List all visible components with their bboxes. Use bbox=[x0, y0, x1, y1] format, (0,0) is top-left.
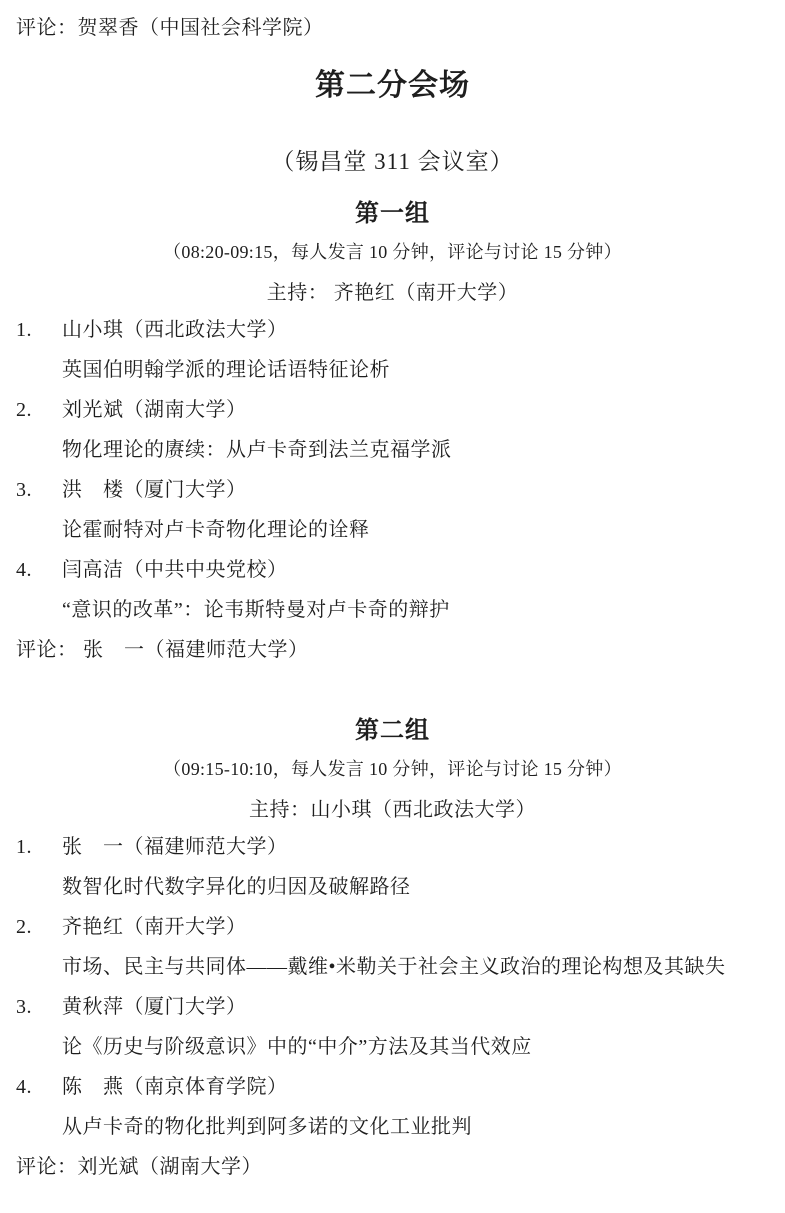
group-2-section: 第二组 （09:15-10:10，每人发言 10 分钟，评论与讨论 15 分钟）… bbox=[16, 717, 769, 1179]
paper-title: 数智化时代数字异化的归因及破解路径 bbox=[62, 876, 769, 899]
group-2-speaker-list: 1. 张 一（福建师范大学） 数智化时代数字异化的归因及破解路径 2. 齐艳红（… bbox=[16, 836, 769, 1139]
group-1-commentator: 评论： 张 一（福建师范大学） bbox=[16, 639, 769, 662]
speaker-name: 陈 燕（南京体育学院） bbox=[62, 1076, 288, 1099]
speaker-row: 4. 闫高洁（中共中央党校） bbox=[16, 559, 769, 582]
venue-line: （锡昌堂 311 会议室） bbox=[16, 148, 769, 175]
group-1-time-info: （08:20-09:15，每人发言 10 分钟，评论与讨论 15 分钟） bbox=[16, 242, 769, 263]
paper-title: 论《历史与阶级意识》中的“中介”方法及其当代效应 bbox=[62, 1036, 769, 1059]
paper-title: 物化理论的赓续：从卢卡奇到法兰克福学派 bbox=[62, 439, 769, 462]
group-1-speaker-list: 1. 山小琪（西北政法大学） 英国伯明翰学派的理论话语特征论析 2. 刘光斌（湖… bbox=[16, 319, 769, 622]
group-1-title: 第一组 bbox=[16, 200, 769, 228]
speaker-number: 1. bbox=[16, 319, 62, 342]
speaker-number: 1. bbox=[16, 836, 62, 859]
speaker-number: 3. bbox=[16, 996, 62, 1019]
speaker-number: 4. bbox=[16, 1076, 62, 1099]
paper-title: 英国伯明翰学派的理论话语特征论析 bbox=[62, 359, 769, 382]
speaker-row: 3. 黄秋萍（厦门大学） bbox=[16, 996, 769, 1019]
paper-title: “意识的改革”：论韦斯特曼对卢卡奇的辩护 bbox=[62, 599, 769, 622]
speaker-row: 1. 山小琪（西北政法大学） bbox=[16, 319, 769, 342]
speaker-number: 4. bbox=[16, 559, 62, 582]
speaker-name: 闫高洁（中共中央党校） bbox=[62, 559, 288, 582]
speaker-row: 3. 洪 楼（厦门大学） bbox=[16, 479, 769, 502]
speaker-name: 刘光斌（湖南大学） bbox=[62, 399, 247, 422]
speaker-number: 2. bbox=[16, 916, 62, 939]
group-1-host: 主持： 齐艳红（南开大学） bbox=[16, 282, 769, 305]
group-2-host: 主持：山小琪（西北政法大学） bbox=[16, 799, 769, 822]
paper-title: 从卢卡奇的物化批判到阿多诺的文化工业批判 bbox=[62, 1116, 769, 1139]
speaker-name: 齐艳红（南开大学） bbox=[62, 916, 247, 939]
speaker-row: 1. 张 一（福建师范大学） bbox=[16, 836, 769, 859]
speaker-number: 3. bbox=[16, 479, 62, 502]
speaker-row: 2. 刘光斌（湖南大学） bbox=[16, 399, 769, 422]
session-title: 第二分会场 bbox=[16, 68, 769, 103]
paper-title: 论霍耐特对卢卡奇物化理论的诠释 bbox=[62, 519, 769, 542]
group-2-title: 第二组 bbox=[16, 717, 769, 745]
conference-program-page: 评论：贺翠香（中国社会科学院） 第二分会场 （锡昌堂 311 会议室） 第一组 … bbox=[0, 0, 785, 1213]
speaker-number: 2. bbox=[16, 399, 62, 422]
previous-commentator-line: 评论：贺翠香（中国社会科学院） bbox=[16, 17, 769, 40]
speaker-name: 山小琪（西北政法大学） bbox=[62, 319, 288, 342]
speaker-name: 黄秋萍（厦门大学） bbox=[62, 996, 247, 1019]
speaker-name: 张 一（福建师范大学） bbox=[62, 836, 288, 859]
speaker-row: 2. 齐艳红（南开大学） bbox=[16, 916, 769, 939]
group-2-commentator: 评论：刘光斌（湖南大学） bbox=[16, 1156, 769, 1179]
speaker-row: 4. 陈 燕（南京体育学院） bbox=[16, 1076, 769, 1099]
group-1-section: 第一组 （08:20-09:15，每人发言 10 分钟，评论与讨论 15 分钟）… bbox=[16, 200, 769, 662]
paper-title: 市场、民主与共同体——戴维•米勒关于社会主义政治的理论构想及其缺失 bbox=[62, 956, 769, 979]
speaker-name: 洪 楼（厦门大学） bbox=[62, 479, 247, 502]
group-2-time-info: （09:15-10:10，每人发言 10 分钟，评论与讨论 15 分钟） bbox=[16, 759, 769, 780]
